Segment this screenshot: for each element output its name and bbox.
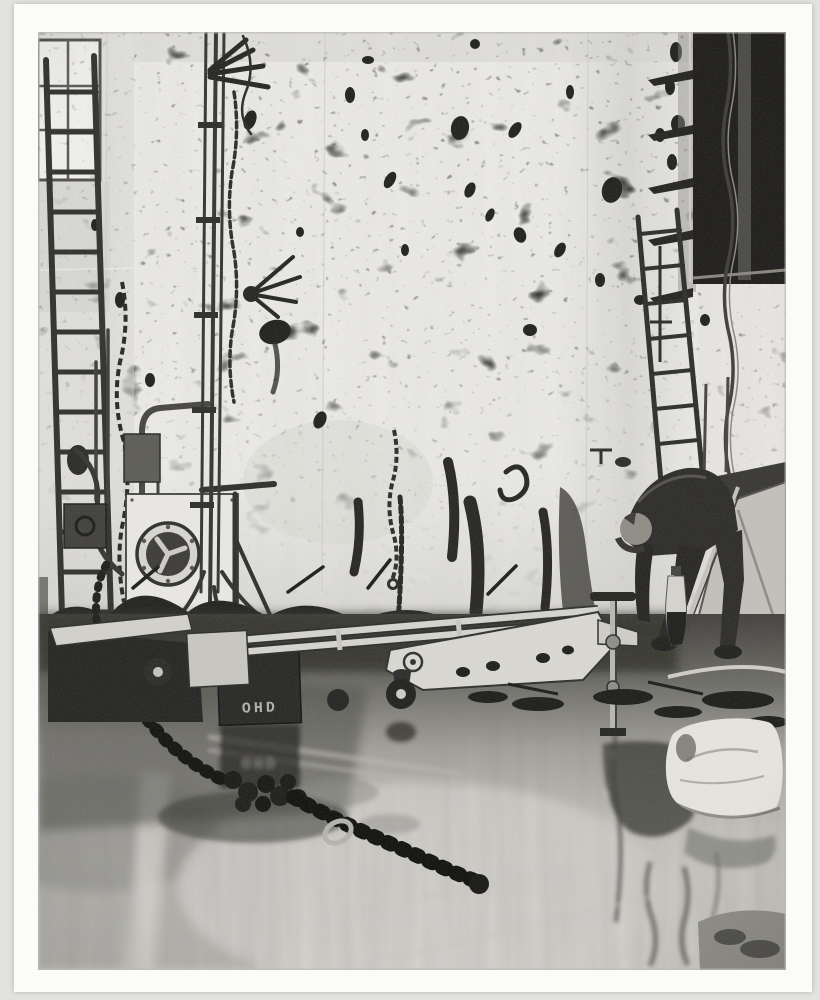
photo-emulsion-area: OHD (38, 32, 786, 970)
scan-mat: OHD (0, 0, 820, 1000)
vignette (38, 32, 786, 970)
photo-print-paper: OHD (14, 4, 812, 992)
photograph: OHD (38, 32, 786, 970)
